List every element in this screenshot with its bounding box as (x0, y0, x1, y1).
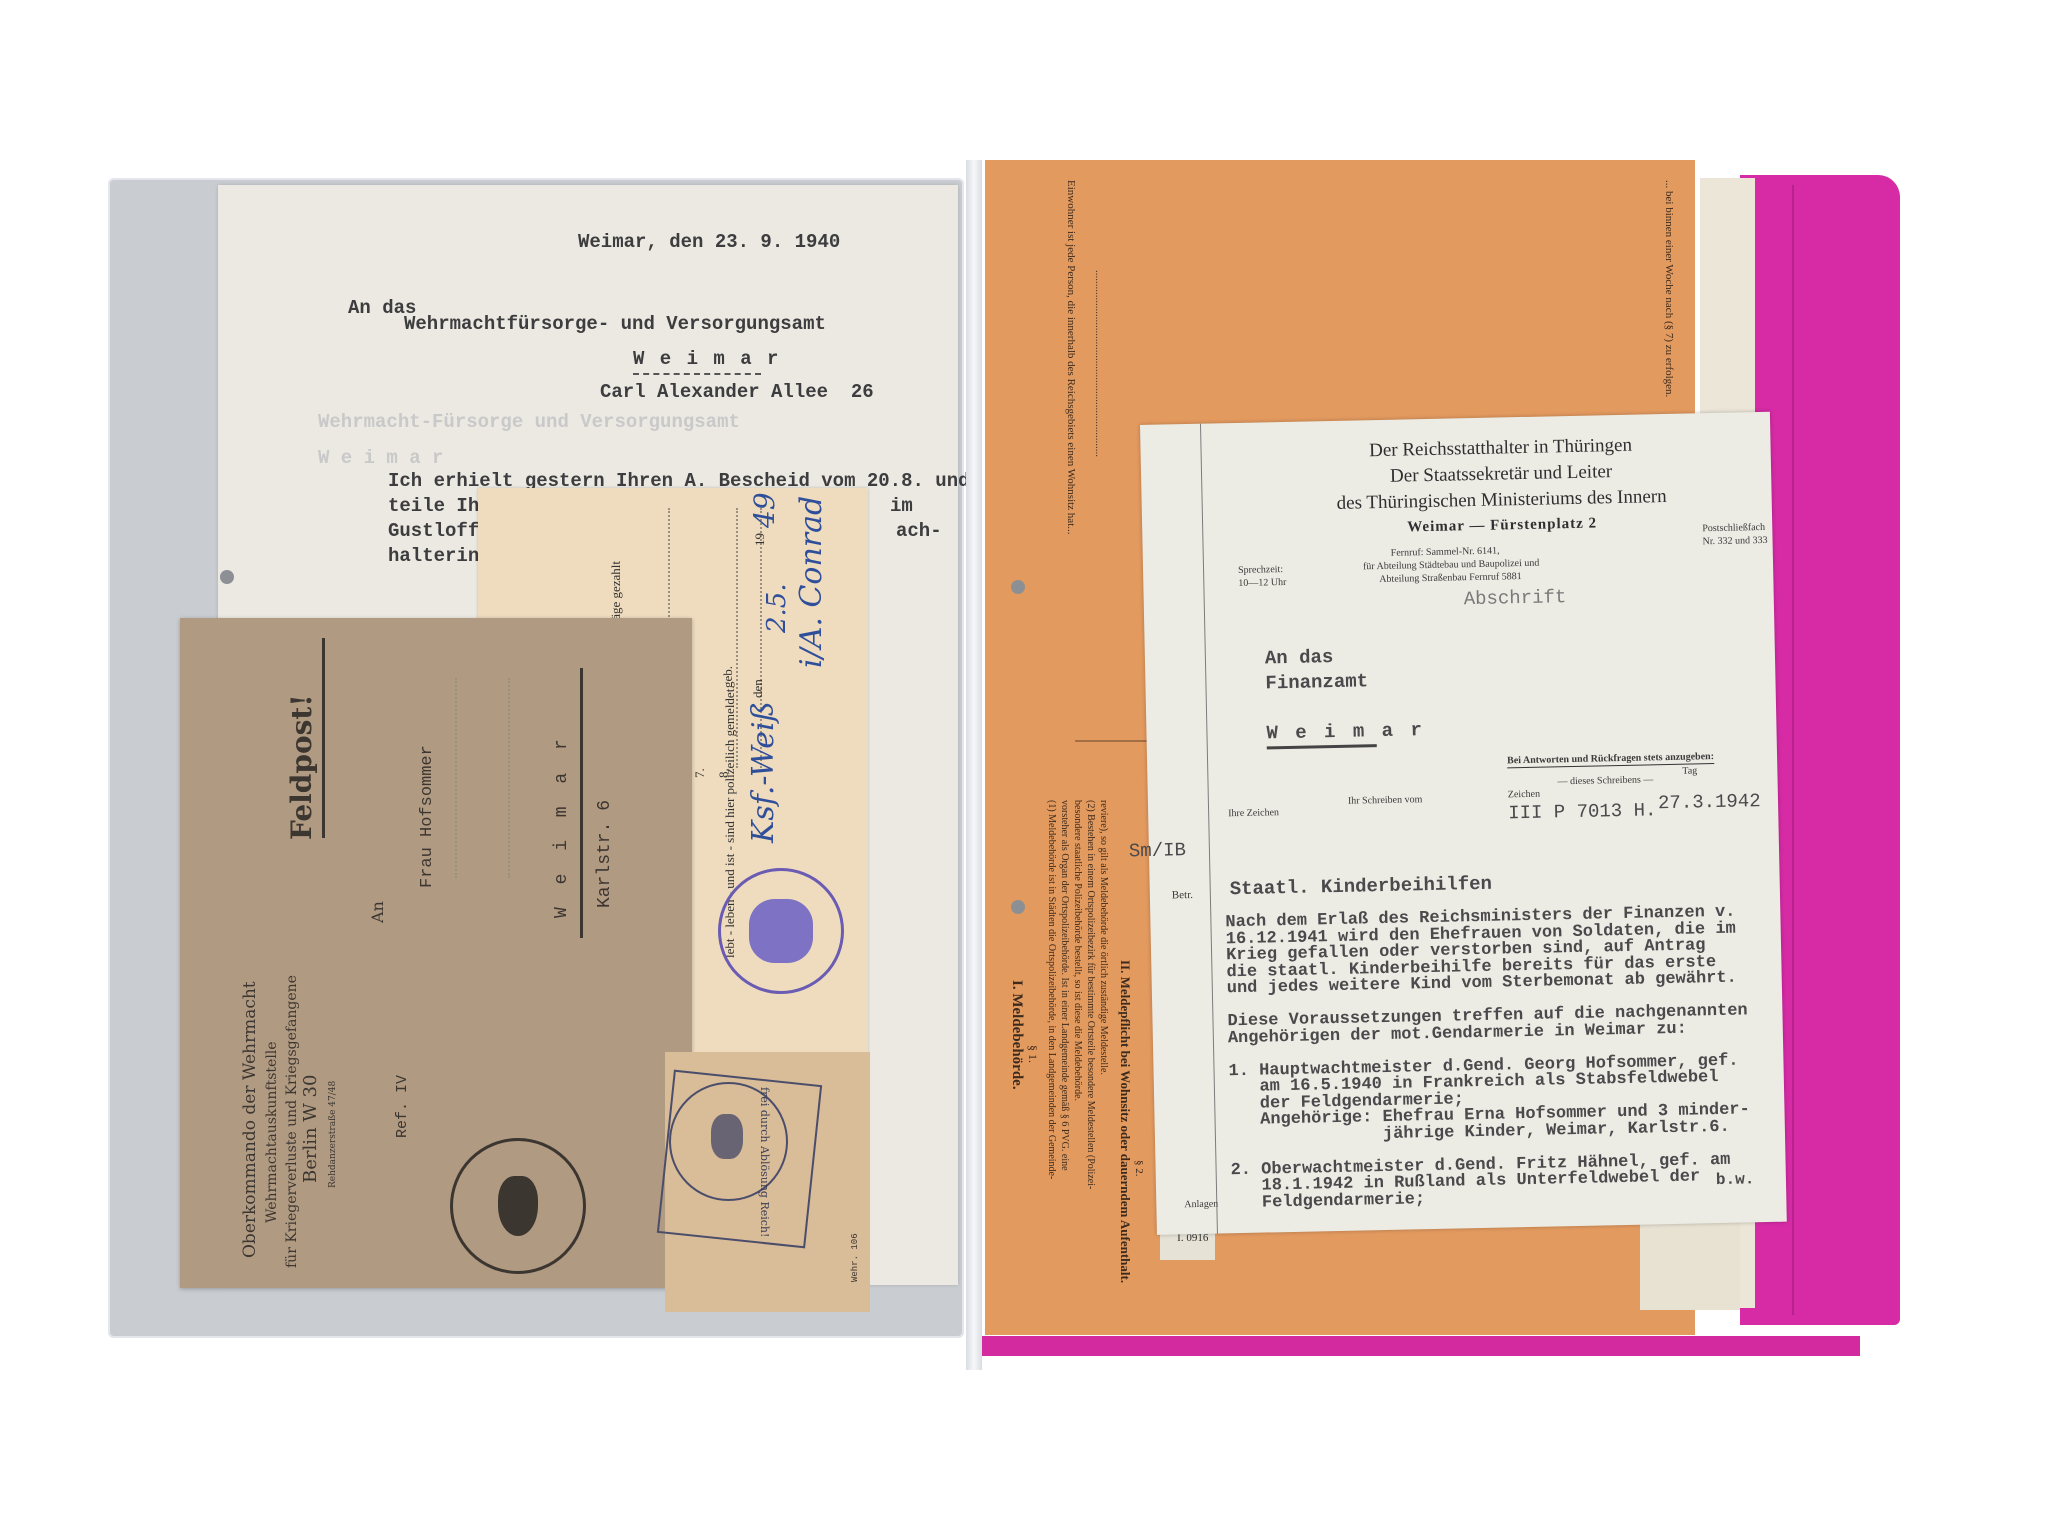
office-hours-label: Sprechzeit: (1238, 564, 1283, 577)
letterhead-line-1: Der Reichsstatthalter in Thüringen (1310, 433, 1690, 463)
punch-hole-icon (1011, 580, 1025, 594)
office-hours: 10—12 Uhr (1238, 577, 1286, 590)
handwritten-year: 49 (748, 492, 781, 528)
handwritten-place: Ksf.-Weiß (746, 701, 781, 843)
title-underline (322, 638, 325, 838)
day-label: Tag (1682, 765, 1697, 777)
eagle-emblem-icon (711, 1114, 743, 1159)
your-letter-label: Ihr Schreiben vom (1348, 794, 1423, 808)
top-column-text: Einwohner ist jede Person, die innerhalb… (1065, 180, 1077, 535)
punch-hole-icon (1011, 900, 1025, 914)
po-box-label: Postschließfach (1702, 522, 1765, 535)
sender-line-2: Wehrmachtauskunftstelle (264, 1041, 280, 1223)
slip-year-prefix: 19 (752, 533, 768, 546)
letter-date: 27.3.1942 (1658, 790, 1761, 814)
subject-label: Betr. (1172, 889, 1193, 901)
margin-line (1200, 424, 1218, 1234)
enclosures-label: Anlagen (1184, 1199, 1218, 1212)
letter-body-line-3: Gustloff- (388, 520, 491, 542)
phone-line-1: Fernruf: Sammel-Nr. 6141, (1391, 545, 1500, 559)
section-1-text-2: vorsteher als Organ der Ortspolizeibehör… (1059, 800, 1070, 1171)
pink-folder-bottom-edge (980, 1336, 1860, 1356)
handwritten-signature: i/A. Conrad (794, 496, 829, 668)
wehrmacht-stamp (450, 1138, 586, 1274)
letter-body-line-2-end: im (890, 495, 913, 517)
eagle-emblem-icon (498, 1176, 538, 1236)
this-letter-label: — dieses Schreibens — (1557, 774, 1653, 788)
right-column-text: ... bei binnen einer Woche nach (§ 7) zu… (1663, 180, 1675, 397)
copy-mark: Abschrift (1463, 586, 1566, 610)
envelope-code: Wehr. 106 (850, 1233, 860, 1282)
folder-fold-line (1792, 185, 1794, 1315)
your-sign-label: Ihre Zeichen (1228, 807, 1279, 820)
section-1-title: I. Meldebehörde. (1008, 980, 1025, 1090)
postage-text: frei durch Ablösung Reich! (758, 1087, 771, 1237)
slip-den-label: den (750, 679, 766, 698)
recipient-office: Finanzamt (1265, 670, 1368, 694)
sender-line-5: Rehdanzerstraße 47/48 (328, 1081, 338, 1188)
feldpost-title: Feldpost! (285, 694, 318, 840)
file-number: III P 7013 H. (1508, 799, 1657, 824)
envelope-city: W e i m a r (552, 733, 572, 918)
slip-row-7: 7. (692, 768, 708, 778)
section-1-para: § 1. (1025, 1045, 1040, 1063)
recipient-office: Wehrmachtfürsorge- und Versorgungsamt (404, 313, 826, 335)
letterhead-line-2: Der Staatssekretär und Leiter (1311, 459, 1691, 489)
letterhead-line-3: des Thüringischen Ministeriums des Inner… (1311, 485, 1691, 515)
reichsstatthalter-letter-1942: Der Reichsstatthalter in Thüringen Der S… (1140, 412, 1787, 1235)
envelope-street: Karlstr. 6 (595, 800, 615, 908)
recipient-city: W e i m a r (1266, 719, 1425, 744)
sender-initials: Sm/IB (1129, 839, 1186, 862)
recipient-street: Carl Alexander Allee 26 (600, 381, 874, 403)
sender-line-4: Berlin W 30 (300, 1075, 321, 1183)
city-underline (580, 668, 583, 938)
section-2-para: § 2. (1133, 1160, 1145, 1177)
binder-spine (966, 160, 982, 1370)
letter-body-line-3-end: ach- (896, 520, 942, 542)
to-label: An (368, 901, 387, 923)
letterhead-line-4: Weimar — Fürstenplatz 2 (1312, 513, 1692, 538)
letter-date: Weimar, den 23. 9. 1940 (578, 231, 840, 253)
addressee: Frau Hofsommer (418, 745, 437, 888)
section-1-text-5: reviere), so gilt als Meldebehörde die ö… (1098, 800, 1109, 1075)
letter-body-line: Feldgendarmerie; (1231, 1190, 1425, 1213)
feldpost-envelope: Feldpost! An Frau Hofsommer W e i m a r … (180, 618, 692, 1288)
po-box: Nr. 332 und 333 (1702, 535, 1767, 548)
city-underline (1267, 744, 1377, 749)
recipient-prefix: An das (1265, 646, 1334, 669)
section-1-text-4: (2) Bestehen in einem Ortspolizeibezirk … (1085, 800, 1096, 1189)
recipient-city: W e i m a r (633, 348, 780, 370)
section-2-title: II. Meldepflicht bei Wohnsitz oder dauer… (1117, 960, 1133, 1283)
subject: Staatl. Kinderbeihilfen (1230, 873, 1493, 900)
reference-code: Ref. IV (394, 1075, 411, 1138)
section-1-text-1: (1) Meldebehörde ist in Städten die Orts… (1046, 800, 1057, 1179)
sender-line-1: Oberkommando der Wehrmacht (240, 981, 260, 1258)
handwritten-date: 2.5. (762, 583, 792, 633)
sender-line-3: für Kriegerverluste und Kriegsgefangene (284, 975, 300, 1268)
section-1-text-3: besondere staatliche Polizeibehörde best… (1072, 800, 1083, 1101)
punch-hole-icon (220, 570, 234, 584)
police-stamp (718, 868, 844, 994)
city-underline (633, 373, 761, 375)
phone-line-3: Abteilung Straßenbau Fernruf 5881 (1379, 571, 1522, 586)
stamp-seal-icon (749, 899, 813, 963)
second-envelope: frei durch Ablösung Reich! Wehr. 106 (665, 1052, 870, 1312)
continued-mark: b.w. (1716, 1170, 1755, 1189)
sign-label: Zeichen (1508, 789, 1540, 802)
